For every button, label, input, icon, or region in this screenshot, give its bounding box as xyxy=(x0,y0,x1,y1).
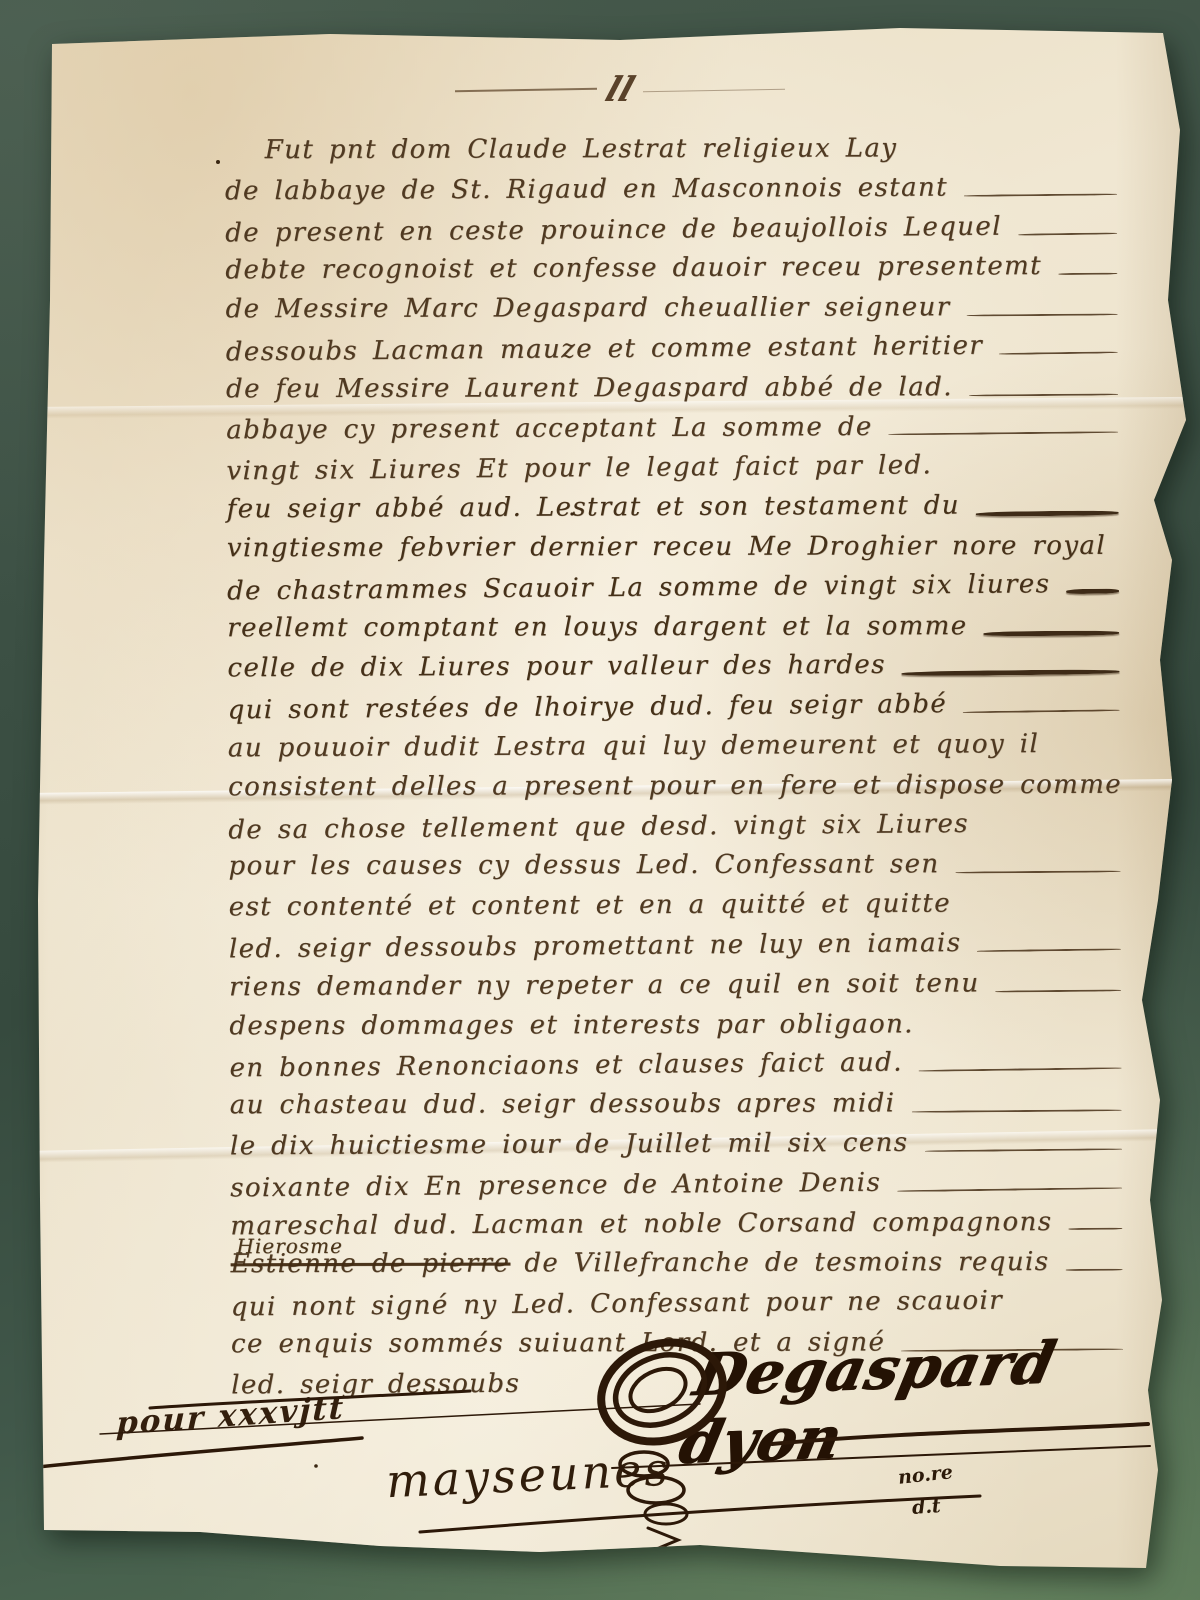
line-text: de chastrammes Scauoir La somme de vingt… xyxy=(227,569,1051,606)
manuscript-line: de present en ceste prouince de beaujoll… xyxy=(225,210,1117,258)
line-filler-stroke xyxy=(969,393,1118,396)
line-filler-stroke xyxy=(967,313,1118,316)
manuscript-line: qui nont signé ny Led. Confessant pour n… xyxy=(231,1285,1123,1333)
manuscript-line: au chasteau dud. seigr dessoubs apres mi… xyxy=(230,1088,1122,1130)
line-text: vingt six Liures Et pour le legat faict … xyxy=(226,451,932,487)
manuscript-line: debte recognoist et confesse dauoir rece… xyxy=(225,251,1117,295)
notary-abbreviation: no.re xyxy=(897,1461,954,1489)
manuscript-line: celle de dix Liures pour valleur des har… xyxy=(227,649,1119,693)
manuscript-line: de sa chose tellement que desd. vingt si… xyxy=(228,807,1120,855)
line-text: abbaye cy present acceptant La somme de xyxy=(226,412,873,445)
line-filler-stroke xyxy=(889,432,1119,436)
line-filler-stroke xyxy=(911,1109,1121,1113)
manuscript-line: de feu Messire Laurent Degaspard abbé de… xyxy=(226,372,1118,414)
manuscript-line: est contenté et content et en a quitté e… xyxy=(229,888,1121,932)
manuscript-text: Fut pnt dom Claude Lestrat religieux Lay… xyxy=(225,132,1124,1410)
manuscript-page: ll Fut pnt dom Claude Lestrat religieux … xyxy=(0,0,1200,1600)
manuscript-line: HierosmeEstienne de pierrede Villefranch… xyxy=(231,1247,1123,1289)
line-filler-stroke xyxy=(956,871,1121,874)
line-filler-stroke xyxy=(1068,1228,1122,1231)
manuscript-line: abbaye cy present acceptant La somme de xyxy=(226,410,1118,454)
manuscript-line: au pouuoir dudit Lestra qui luy demeuren… xyxy=(228,729,1120,773)
line-text: feu seigr abbé aud. Lestrat et son testa… xyxy=(227,491,960,525)
line-filler-stroke xyxy=(963,709,1120,713)
manuscript-line: feu seigr abbé aud. Lestrat et son testa… xyxy=(227,490,1119,534)
line-text: au chasteau dud. seigr dessoubs apres mi… xyxy=(230,1089,896,1121)
photo-scene: ll Fut pnt dom Claude Lestrat religieux … xyxy=(0,0,1200,1600)
manuscript-line: qui sont restées de lhoirye dud. feu sei… xyxy=(228,688,1120,736)
line-text: dessoubs Lacman mauze et comme estant he… xyxy=(226,331,984,368)
line-text: reellemt comptant en louys dargent et la… xyxy=(227,611,967,643)
page-mark-stroke xyxy=(643,88,785,91)
line-filler-stroke xyxy=(976,510,1119,516)
line-text: pour les causes cy dessus Led. Confessan… xyxy=(228,850,939,882)
manuscript-line: consistent delles a present pour en fere… xyxy=(228,770,1120,812)
manuscript-line: led. seigr dessoubs promettant ne luy en… xyxy=(229,927,1121,975)
notary-abbreviation: d.t xyxy=(911,1495,941,1519)
line-text: de Villefranche de tesmoins requis xyxy=(524,1247,1049,1278)
line-filler-stroke xyxy=(1018,232,1117,235)
interline-insertion: Hierosme xyxy=(237,1234,343,1258)
signature-principal: Degaspard dyon xyxy=(673,1323,1200,1477)
paper-shadow: ll Fut pnt dom Claude Lestrat religieux … xyxy=(0,0,1200,1600)
manuscript-line: vingt six Liures Et pour le legat faict … xyxy=(226,449,1118,497)
manuscript-line: de Messire Marc Degaspard cheuallier sei… xyxy=(226,292,1118,334)
manuscript-line: riens demander ny repeter a ce quil en s… xyxy=(229,967,1121,1011)
manuscript-line: reellemt comptant en louys dargent et la… xyxy=(227,610,1119,652)
line-filler-stroke xyxy=(925,1148,1122,1152)
line-filler-stroke xyxy=(897,1187,1122,1192)
manuscript-line: mareschal dud. Lacman et noble Corsand c… xyxy=(230,1206,1122,1250)
line-filler-stroke xyxy=(1066,589,1119,595)
manuscript-line: de labbaye de St. Rigaud en Masconnois e… xyxy=(225,171,1117,215)
line-text: consistent delles a present pour en fere… xyxy=(228,769,1122,801)
amount-note: pour xxxvjtt xyxy=(116,1390,346,1442)
manuscript-line: de chastrammes Scauoir La somme de vingt… xyxy=(227,568,1119,616)
page-mark-glyph: ll xyxy=(601,70,640,110)
line-filler-stroke xyxy=(1065,1269,1122,1271)
line-filler-stroke xyxy=(919,1067,1122,1072)
line-text: de Messire Marc Degaspard cheuallier sei… xyxy=(226,292,951,324)
manuscript-line: Fut pnt dom Claude Lestrat religieux Lay xyxy=(225,133,1117,175)
line-text: qui nont signé ny Led. Confessant pour n… xyxy=(231,1286,1004,1323)
line-text: de present en ceste prouince de beaujoll… xyxy=(225,211,1002,248)
line-text: au pouuoir dudit Lestra qui luy demeuren… xyxy=(228,729,1039,763)
manuscript-line: soixante dix En presence de Antoine Deni… xyxy=(230,1165,1122,1213)
line-filler-stroke xyxy=(984,630,1120,636)
line-text: de sa chose tellement que desd. vingt si… xyxy=(228,808,969,844)
line-text: qui sont restées de lhoirye dud. feu sei… xyxy=(228,689,948,725)
line-text: en bonnes Renonciaons et clauses faict a… xyxy=(229,1048,903,1084)
line-text: despens dommages et interests par obliga… xyxy=(229,1009,914,1041)
manuscript-line: pour les causes cy dessus Led. Confessan… xyxy=(228,849,1120,891)
line-text: de labbaye de St. Rigaud en Masconnois e… xyxy=(225,172,948,206)
line-text: est contenté et content et en a quitté e… xyxy=(229,889,951,923)
line-text: le dix huictiesme iour de Juillet mil si… xyxy=(230,1128,909,1162)
line-filler-stroke xyxy=(964,193,1117,197)
line-text: vingtiesme febvrier dernier receu Me Dro… xyxy=(227,531,1106,563)
line-text: Fut pnt dom Claude Lestrat religieux Lay xyxy=(265,133,898,165)
page-mark: ll xyxy=(455,70,785,110)
line-text: led. seigr dessoubs promettant ne luy en… xyxy=(229,928,962,964)
manuscript-line: vingtiesme febvrier dernier receu Me Dro… xyxy=(227,531,1119,573)
manuscript-line: dessoubs Lacman mauze et comme estant he… xyxy=(226,330,1118,378)
page-mark-stroke xyxy=(455,88,597,92)
line-filler-stroke xyxy=(977,948,1121,952)
line-text: soixante dix En presence de Antoine Deni… xyxy=(230,1167,881,1203)
manuscript-line: despens dommages et interests par obliga… xyxy=(229,1008,1121,1050)
line-text: celle de dix Liures pour valleur des har… xyxy=(227,650,886,683)
line-filler-stroke xyxy=(996,989,1122,992)
line-filler-stroke xyxy=(902,669,1120,676)
line-text: de feu Messire Laurent Degaspard abbé de… xyxy=(226,372,953,404)
line-filler-stroke xyxy=(999,351,1118,355)
manuscript-line: en bonnes Renonciaons et clauses faict a… xyxy=(229,1046,1121,1094)
line-filler-stroke xyxy=(1058,273,1117,276)
signature-notary: mayseunes xyxy=(385,1442,672,1508)
line-text: riens demander ny repeter a ce quil en s… xyxy=(229,968,980,1002)
manuscript-line: le dix huictiesme iour de Juillet mil si… xyxy=(230,1127,1122,1171)
